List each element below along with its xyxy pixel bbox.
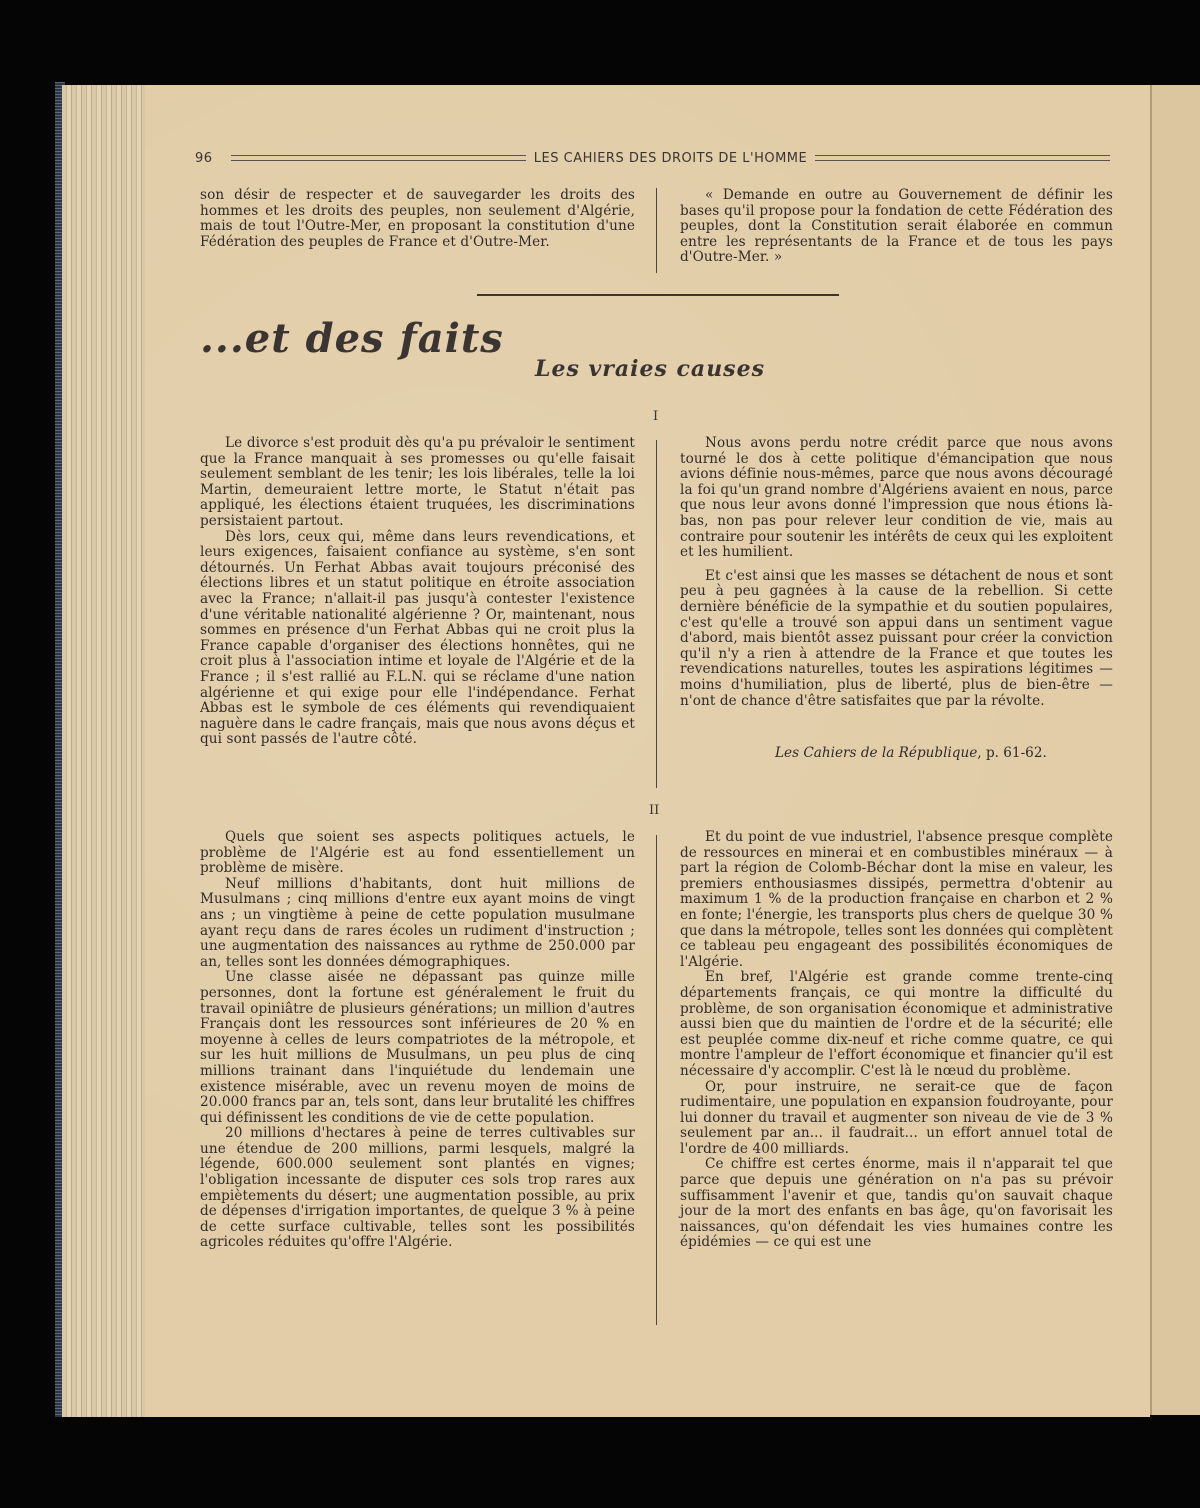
paragraph: Et c'est ainsi que les masses se détache… bbox=[680, 569, 1113, 709]
section-subheading: Les vraies causes bbox=[535, 356, 765, 382]
paragraph: Une classe aisée ne dépassant pas quinze… bbox=[200, 970, 635, 1126]
citation: Les Cahiers de la République, p. 61-62. bbox=[775, 745, 1047, 761]
header-rule-left bbox=[231, 155, 526, 161]
paragraph: Quels que soient ses aspects politiques … bbox=[200, 830, 635, 877]
page-edges bbox=[62, 85, 146, 1417]
part1-right-column: Nous avons perdu notre crédit parce que … bbox=[680, 436, 1113, 709]
page-number: 96 bbox=[195, 151, 231, 166]
quotation-paragraph: « Demande en outre au Gouvernement de dé… bbox=[680, 188, 1113, 266]
paragraph: En bref, l'Algérie est grande comme tren… bbox=[680, 970, 1113, 1079]
paragraph: Dès lors, ceux qui, même dans leurs reve… bbox=[200, 530, 635, 748]
column-divider bbox=[656, 835, 657, 1325]
paragraph: Ce chiffre est certes énorme, mais il n'… bbox=[680, 1157, 1113, 1251]
citation-source: Les Cahiers de la République bbox=[775, 745, 977, 761]
paragraph: 20 millions d'hectares à peine de terres… bbox=[200, 1126, 635, 1251]
paragraph: son désir de respecter et de sauvegarder… bbox=[200, 188, 635, 250]
next-page-edge bbox=[1150, 85, 1200, 1415]
top-right-column: « Demande en outre au Gouvernement de dé… bbox=[680, 188, 1113, 266]
citation-pages: , p. 61-62. bbox=[977, 745, 1047, 761]
part-numeral-1: I bbox=[653, 409, 658, 424]
running-header: 96 LES CAHIERS DES DROITS DE L'HOMME bbox=[195, 150, 1110, 166]
column-divider bbox=[656, 188, 657, 273]
section-separator-rule bbox=[477, 294, 839, 296]
column-divider bbox=[656, 440, 657, 788]
part1-left-column: Le divorce s'est produit dès qu'a pu pré… bbox=[200, 436, 635, 748]
part2-left-column: Quels que soient ses aspects politiques … bbox=[200, 830, 635, 1251]
paragraph: Et du point de vue industriel, l'absence… bbox=[680, 830, 1113, 970]
top-left-column: son désir de respecter et de sauvegarder… bbox=[200, 188, 635, 250]
part-numeral-2: II bbox=[649, 803, 659, 818]
paragraph: Neuf millions d'habitants, dont huit mil… bbox=[200, 877, 635, 971]
paragraph: Le divorce s'est produit dès qu'a pu pré… bbox=[200, 436, 635, 530]
header-rule-right bbox=[815, 155, 1110, 161]
paragraph: Nous avons perdu notre crédit parce que … bbox=[680, 436, 1113, 561]
running-title: LES CAHIERS DES DROITS DE L'HOMME bbox=[526, 151, 815, 166]
section-heading: ...et des faits bbox=[200, 315, 504, 362]
paragraph: Or, pour instruire, ne serait-ce que de … bbox=[680, 1080, 1113, 1158]
part2-right-column: Et du point de vue industriel, l'absence… bbox=[680, 830, 1113, 1251]
